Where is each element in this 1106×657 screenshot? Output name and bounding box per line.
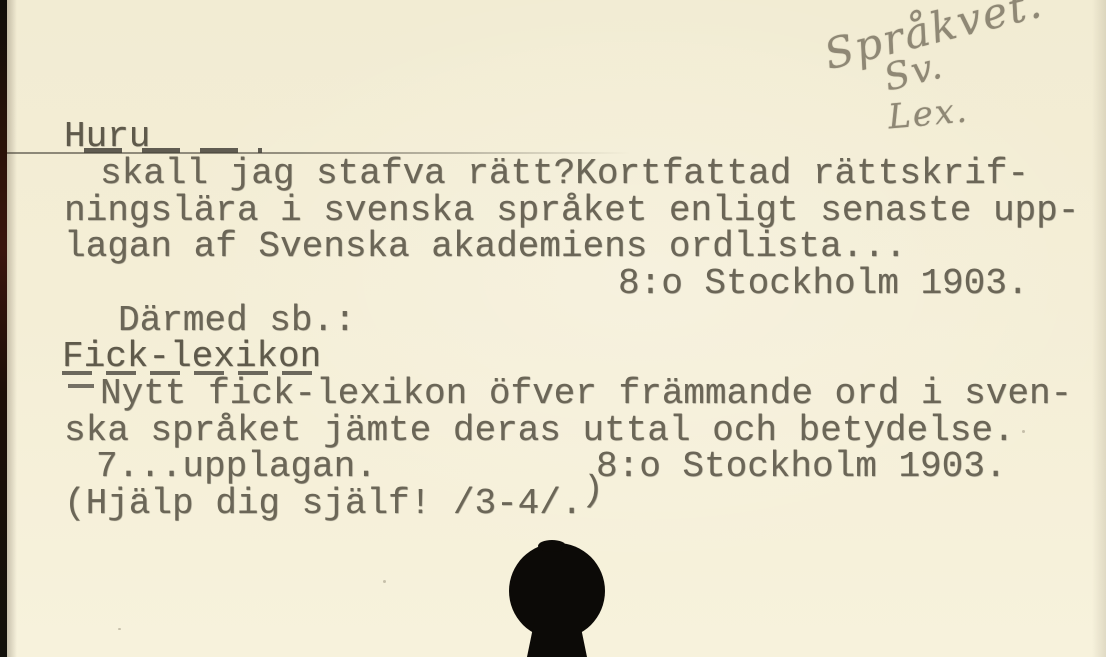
entry-main-title-line: skall jag stafva rätt?Kortfattad rättskr… xyxy=(100,156,1029,192)
scan-left-edge xyxy=(0,0,7,657)
classification-handwriting-line3: Lex. xyxy=(886,91,970,138)
paper-speck xyxy=(1022,430,1025,433)
heading-secondary: Fick-lexikon xyxy=(62,339,321,375)
entry-secondary-edition: 7...upplagan. xyxy=(96,449,377,485)
series-close-paren: ) xyxy=(581,472,605,509)
entry-secondary-imprint: 8:o Stockholm 1903. xyxy=(596,449,1006,485)
catalog-card: Språkvet. Sv. Lex. Huru skall jag stafva… xyxy=(0,0,1106,657)
entry-secondary-series: (Hjälp dig själf! /3-4/.) xyxy=(64,486,604,522)
entry-main-imprint: 8:o Stockholm 1903. xyxy=(618,266,1028,302)
see-also-note: Därmed sb.: xyxy=(118,303,356,339)
entry-secondary-title-line: Nytt fick-lexikon öfver främmande ord i … xyxy=(100,376,1072,412)
series-note-text: (Hjälp dig själf! /3-4/. xyxy=(64,483,582,524)
scan-right-edge-shadow xyxy=(1092,0,1106,657)
paper-speck xyxy=(118,628,121,630)
entry-main-title-line: ningslära i svenska språket enligt senas… xyxy=(64,193,1079,229)
paper-speck xyxy=(383,580,386,583)
entry-main-title-line: lagan af Svenska akademiens ordlista... xyxy=(64,229,907,265)
scan-left-edge-shadow xyxy=(7,0,17,657)
entry-secondary-title-line: ska språket jämte deras uttal och betyde… xyxy=(64,413,1015,449)
stray-underline-dash xyxy=(68,384,94,388)
punch-hole-mark xyxy=(478,530,638,657)
